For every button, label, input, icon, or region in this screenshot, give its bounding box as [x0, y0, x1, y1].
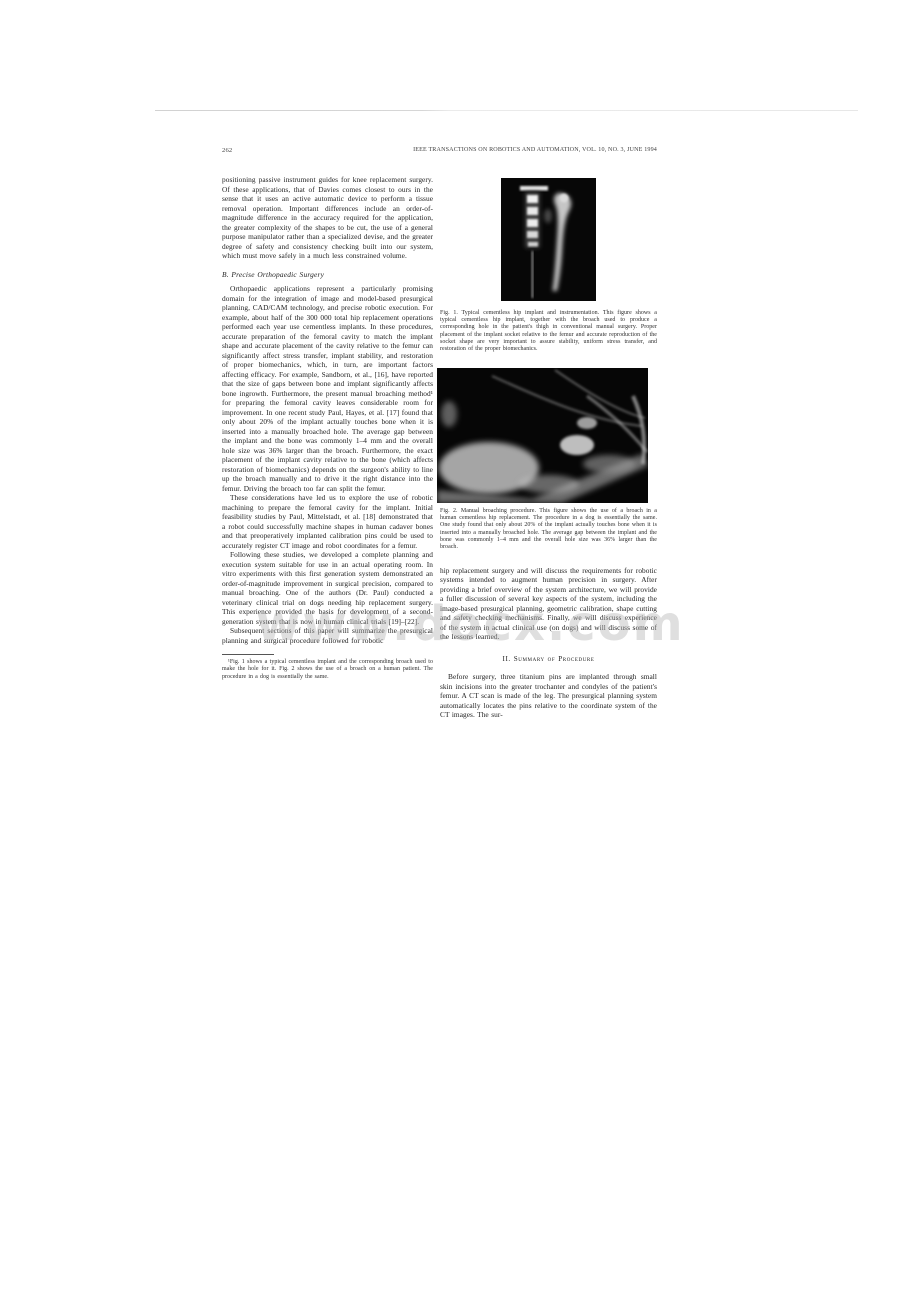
body-paragraph: hip replacement surgery and will discuss… — [440, 566, 657, 642]
body-paragraph: positioning passive instrument guides fo… — [222, 175, 433, 261]
figure2-caption: Fig. 2. Manual broaching procedure. This… — [440, 508, 657, 552]
figure1 — [440, 178, 657, 304]
footnote-rule — [222, 654, 274, 655]
body-paragraph: Orthopaedic applications represent a par… — [222, 284, 433, 493]
body-paragraph: These considerations have led us to expl… — [222, 493, 433, 550]
page-number: 262 — [222, 147, 232, 154]
figure1-caption: Fig. 1. Typical cementless hip implant a… — [440, 310, 657, 354]
body-paragraph: Before surgery, three titanium pins are … — [440, 672, 657, 720]
figure2-photo-broaching-procedure — [437, 368, 648, 503]
journal-header: IEEE TRANSACTIONS ON ROBOTICS AND AUTOMA… — [413, 147, 657, 153]
left-column: positioning passive instrument guides fo… — [222, 175, 433, 681]
right-column: Fig. 1. Typical cementless hip implant a… — [440, 176, 657, 720]
section-ii-heading: II. Summary of Procedure — [440, 655, 657, 665]
figure1-photo-broach-and-implant — [501, 178, 596, 301]
body-paragraph: Following these studies, we developed a … — [222, 550, 433, 626]
body-paragraph: Subsequent sections of this paper will s… — [222, 626, 433, 645]
section-b-heading: B. Precise Orthopaedic Surgery — [222, 270, 433, 280]
page-header: 262 IEEE TRANSACTIONS ON ROBOTICS AND AU… — [222, 147, 657, 157]
scan-edge-line — [155, 110, 858, 111]
footnote: ¹Fig. 1 shows a typical cementless impla… — [222, 659, 433, 681]
